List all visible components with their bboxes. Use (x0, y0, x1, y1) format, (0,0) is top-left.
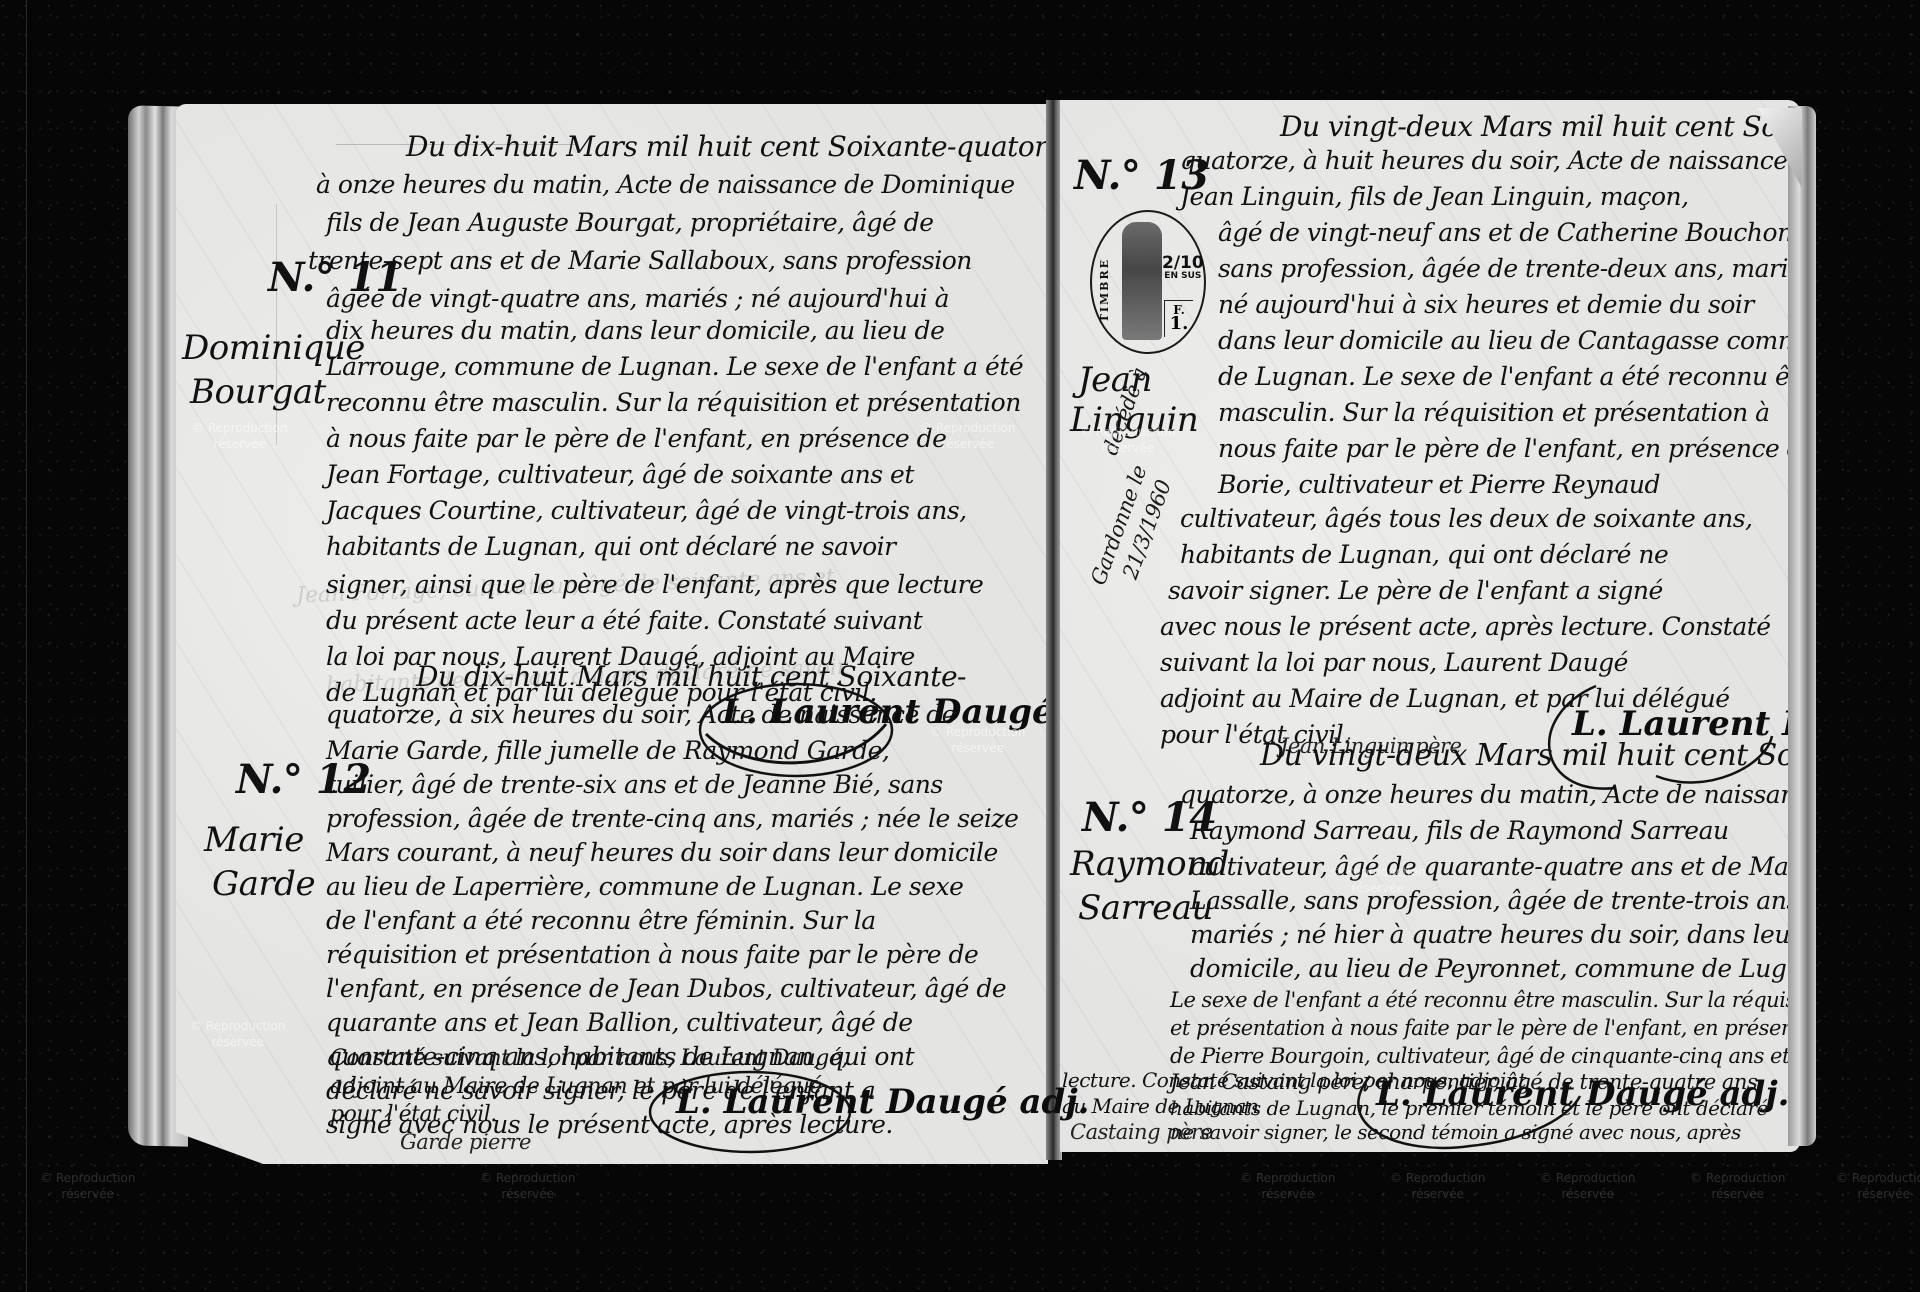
margin-name-first: Marie (204, 820, 304, 860)
entry-line: Marie Garde, fille jumelle de Raymond Ga… (326, 736, 889, 765)
entry-line: de Lugnan. Le sexe de l'enfant a été rec… (1218, 362, 1800, 391)
stamp-label: TIMBRE (1098, 258, 1111, 322)
entry-line: Jean Fortage, cultivateur, âgé de soixan… (326, 460, 914, 489)
entry-line: profession, âgée de trente-cinq ans, mar… (326, 804, 1018, 833)
entry-line: à onze heures du matin, Acte de naissanc… (316, 170, 1015, 199)
entry-line: dix heures du matin, dans leur domicile,… (326, 316, 944, 345)
open-register-book: Jean Fortage, cultivateur, âgé de soixan… (128, 96, 1676, 1160)
watermark: © Reproductionréservée (1690, 1170, 1785, 1202)
entry-line: Du vingt-deux Mars mil huit cent Soixant… (1280, 110, 1800, 143)
entry-line: à nous faite par le père de l'enfant, en… (326, 424, 946, 453)
entry-line: quatorze, à huit heures du soir, Acte de… (1180, 146, 1800, 175)
entry-line: Le sexe de l'enfant a été reconnu être m… (1170, 988, 1800, 1012)
declarant-signature: Castaing père (1070, 1120, 1213, 1144)
entry-line: mariés ; né hier à quatre heures du soir… (1190, 920, 1800, 949)
entry-line: et présentation à nous faite par le père… (1170, 1016, 1800, 1040)
entry-line: Larrouge, commune de Lugnan. Le sexe de … (326, 352, 1023, 381)
entry-line: Lassalle, sans profession, âgée de trent… (1190, 886, 1800, 915)
entry-line: quatorze, à six heures du soir, Acte de … (326, 700, 956, 729)
entry-line: de l'enfant a été reconnu être féminin. … (326, 906, 876, 935)
entry-line: trente-sept ans et de Marie Sallaboux, s… (308, 246, 972, 275)
declarant-signature: Garde pierre (400, 1130, 531, 1154)
watermark: © Reproductionréservée (192, 420, 287, 452)
entry-line: au lieu de Laperrière, commune de Lugnan… (326, 872, 963, 901)
entry-line: au Maire de Lugnan (1062, 1094, 1258, 1118)
entry-line: Raymond Sarreau, fils de Raymond Sarreau (1190, 816, 1729, 845)
watermark: © Reproductionréservée (1540, 1170, 1635, 1202)
entry-line: domicile, au lieu de Peyronnet, commune … (1190, 954, 1800, 983)
justice-figure-icon (1122, 222, 1162, 340)
watermark: © Reproductionréservée (1080, 424, 1175, 456)
entry-line: né aujourd'hui à six heures et demie du … (1218, 290, 1754, 319)
entry-line: avec nous le présent acte, après lecture… (1160, 612, 1771, 641)
officer-signature: L. Laurent Daugé adj. (640, 1060, 880, 1160)
entry-line: habitants de Lugnan, qui ont déclaré ne (1180, 540, 1668, 569)
entry-line: âgé de vingt-neuf ans et de Catherine Bo… (1218, 218, 1793, 247)
right-page-stack-edge (1788, 106, 1816, 1146)
stamp-tax: 2/10 EN SUS (1162, 256, 1204, 281)
entry-line: suivant la loi par nous, Laurent Daugé (1160, 648, 1628, 677)
right-page: N.° 13 TIMBRE 2/10 EN SUS F. 1. Jean Lin… (1060, 100, 1800, 1152)
entry-line: Borie, cultivateur et Pierre Reynaud (1218, 470, 1660, 499)
entry-line: quatorze, à onze heures du matin, Acte d… (1180, 780, 1800, 809)
entry-line: Mars courant, à neuf heures du soir dans… (326, 838, 998, 867)
entry-line: l'enfant, en présence de Jean Dubos, cul… (326, 974, 1006, 1003)
entry-line: Jacques Courtine, cultivateur, âgé de vi… (326, 496, 967, 525)
entry-line: reconnu être masculin. Sur la réquisitio… (326, 388, 1021, 417)
watermark: © Reproductionréservée (40, 1170, 135, 1202)
stamp-denomination: F. 1. (1164, 300, 1193, 337)
officer-signature: L. Laurent Daugé adj. (1340, 1056, 1590, 1156)
scan-edge-line (26, 0, 27, 1292)
entry-line: habitants de Lugnan, qui ont déclaré ne … (326, 532, 896, 561)
entry-line: cultivateur, âgé de quarante-quatre ans … (1190, 852, 1800, 881)
watermark: © Reproductionréservée (190, 1018, 285, 1050)
margin-name-last: Garde (212, 864, 315, 904)
entry-line: réquisition et présentation à nous faite… (326, 940, 978, 969)
entry-line: tuilier, âgé de trente-six ans et de Jea… (326, 770, 943, 799)
entry-line: du présent acte leur a été faite. Consta… (326, 606, 922, 635)
entry-line: pour l'état civil. (330, 1102, 497, 1127)
entry-line: quarante ans et Jean Ballion, cultivateu… (326, 1008, 913, 1037)
entry-line: Du dix-huit Mars mil huit cent Soixante- (416, 660, 966, 693)
entry-line: sans profession, âgée de trente-deux ans… (1218, 254, 1800, 283)
watermark: © Reproductionréservée (1836, 1170, 1920, 1202)
entry-line: Du vingt-deux Mars mil huit cent Soixant… (1260, 738, 1800, 773)
entry-line: cultivateur, âgés tous les deux de soixa… (1180, 504, 1752, 533)
watermark: © Reproductionréservée (1330, 864, 1425, 896)
entry-line: signer, ainsi que le père de l'enfant, a… (326, 570, 983, 599)
watermark: © Reproductionréservée (930, 724, 1025, 756)
tax-stamp: TIMBRE 2/10 EN SUS F. 1. (1090, 210, 1206, 354)
entry-line: âgée de vingt-quatre ans, mariés ; né au… (326, 284, 949, 313)
entry-line: savoir signer. Le père de l'enfant a sig… (1168, 576, 1663, 605)
entry-line: fils de Jean Auguste Bourgat, propriétai… (326, 208, 934, 237)
left-page: Jean Fortage, cultivateur, âgé de soixan… (176, 104, 1048, 1164)
entry-line: Du dix-huit Mars mil huit cent Soixante-… (406, 130, 1048, 163)
entry-line: Jean Linguin, fils de Jean Linguin, maço… (1180, 182, 1689, 211)
watermark: © Reproductionréservée (1390, 1170, 1485, 1202)
margin-name-last: Bourgat (190, 372, 326, 412)
watermark: © Reproductionréservée (480, 1170, 575, 1202)
watermark: © Reproductionréservée (920, 420, 1015, 452)
entry-line: dans leur domicile au lieu de Cantagasse… (1218, 326, 1800, 355)
officer-signature: L. Laurent Daugé adj. (1536, 676, 1776, 796)
watermark: © Reproductionréservée (1240, 1170, 1335, 1202)
entry-line: masculin. Sur la réquisition et présenta… (1218, 398, 1770, 427)
entry-line: nous faite par le père de l'enfant, en p… (1218, 434, 1800, 463)
